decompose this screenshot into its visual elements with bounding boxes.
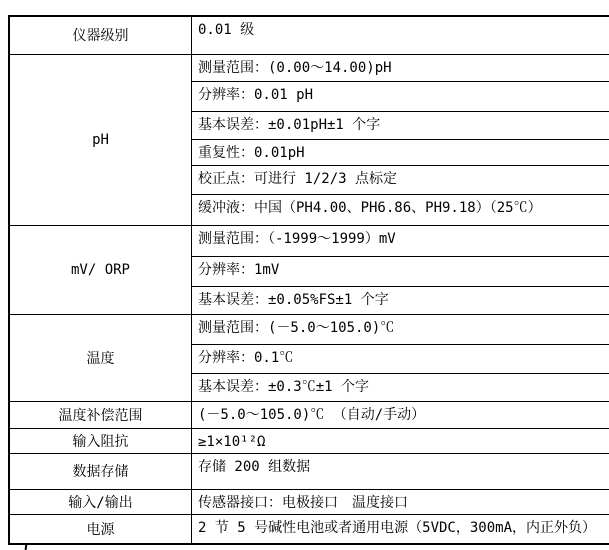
spec-value: 重复性：0.01pH: [192, 139, 609, 165]
spec-table: 仪器级别0.01 级pH测量范围：(0.00～14.00)pH分辨率：0.01 …: [8, 15, 609, 545]
table-row: mV/ ORP测量范围：（-1999～1999）mV: [9, 225, 609, 256]
table-row: 数据存储存储 200 组数据: [9, 453, 609, 489]
spec-value: 校正点：可进行 1/2/3 点标定: [192, 165, 609, 194]
page: { "table": { "groups": [ { "label": "仪器级…: [0, 0, 609, 550]
spec-value: ≥1×10¹²Ω: [192, 428, 609, 453]
spec-value: 分辨率：0.1℃: [192, 344, 609, 373]
spec-group-label: 温度补偿范围: [9, 401, 192, 428]
spec-value: 测量范围：(0.00～14.00)pH: [192, 54, 609, 81]
spec-group-label: 数据存储: [9, 453, 192, 489]
spec-group-label: 温度: [9, 314, 192, 401]
spec-value: (－5.0～105.0)℃ （自动/手动）: [192, 401, 609, 428]
spec-value: 2 节 5 号碱性电池或者通用电源（5VDC，300mA，内正外负）: [192, 514, 609, 544]
spec-value: 分辨率：0.01 pH: [192, 81, 609, 111]
spec-value: 传感器接口：电极接口 温度接口: [192, 489, 609, 514]
spec-value: 基本误差：±0.3℃±1 个字: [192, 373, 609, 401]
spec-value: 存储 200 组数据: [192, 453, 609, 489]
spec-value: 测量范围：（-1999～1999）mV: [192, 225, 609, 256]
spec-group-label: 仪器级别: [9, 16, 192, 54]
table-row: 电源2 节 5 号碱性电池或者通用电源（5VDC，300mA，内正外负）: [9, 514, 609, 544]
spec-group-label: 输入/输出: [9, 489, 192, 514]
table-row: 输入/输出传感器接口：电极接口 温度接口: [9, 489, 609, 514]
stray-mark: [25, 544, 28, 550]
table-row: pH测量范围：(0.00～14.00)pH: [9, 54, 609, 81]
spec-value: 0.01 级: [192, 16, 609, 54]
spec-value: 基本误差：±0.01pH±1 个字: [192, 111, 609, 139]
spec-group-label: 电源: [9, 514, 192, 544]
table-row: 仪器级别0.01 级: [9, 16, 609, 54]
table-row: 温度补偿范围(－5.0～105.0)℃ （自动/手动）: [9, 401, 609, 428]
spec-value: 缓冲液：中国（PH4.00、PH6.86、PH9.18）（25℃）: [192, 194, 609, 225]
table-row: 温度测量范围：(－5.0～105.0)℃: [9, 314, 609, 344]
spec-value: 基本误差：±0.05%FS±1 个字: [192, 286, 609, 314]
spec-group-label: mV/ ORP: [9, 225, 192, 314]
spec-group-label: pH: [9, 54, 192, 225]
spec-value: 测量范围：(－5.0～105.0)℃: [192, 314, 609, 344]
spec-group-label: 输入阻抗: [9, 428, 192, 453]
spec-table-body: 仪器级别0.01 级pH测量范围：(0.00～14.00)pH分辨率：0.01 …: [9, 16, 609, 544]
table-row: 输入阻抗≥1×10¹²Ω: [9, 428, 609, 453]
spec-value: 分辨率：1mV: [192, 256, 609, 286]
